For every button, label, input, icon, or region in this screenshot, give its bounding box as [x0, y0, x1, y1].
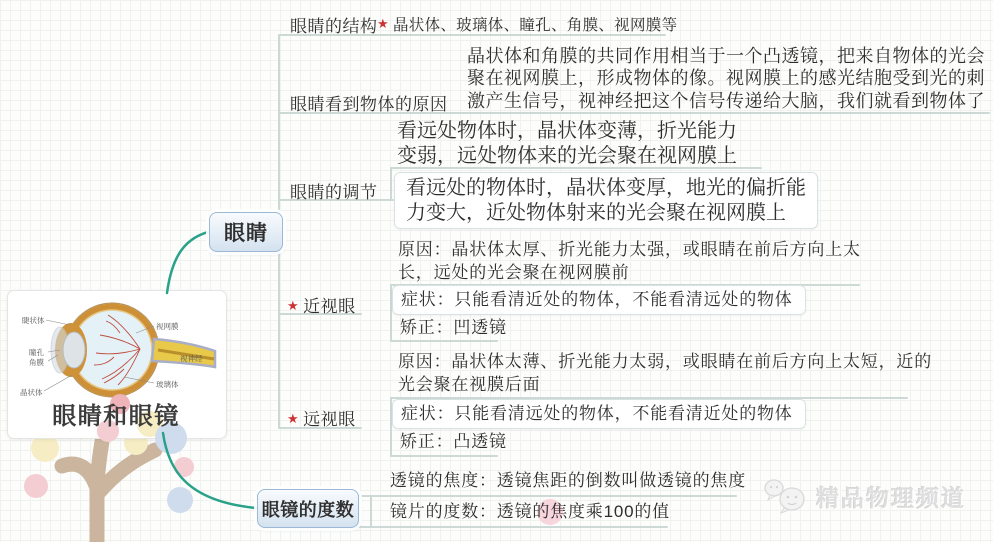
structure-value-text: 晶状体、玻璃体、瞳孔、角膜、视网膜等 — [393, 17, 677, 34]
topic-adjust-near-box[interactable]: 看远处的物体时，晶状体变厚，地光的偏折能 力变大，近处物体射来的光会聚在视网膜上 — [394, 172, 818, 229]
star-icon: ★ — [287, 298, 299, 313]
branch-curve-degree — [163, 433, 256, 508]
node-eye[interactable]: 眼睛 — [209, 212, 283, 252]
watermark-text: 精品物理频道 — [816, 480, 966, 513]
topic-adjust-label[interactable]: 眼睛的调节 — [290, 178, 378, 203]
star-icon: ★ — [287, 411, 299, 426]
topic-reason-value[interactable]: 晶状体和角膜的共同作用相当于一个凸透镜，把来自物体的光会 聚在视网膜上，形成物体… — [467, 45, 985, 112]
topic-degree-lens[interactable]: 镜片的度数：透镜的焦度乘100的值 — [390, 500, 670, 523]
topic-structure-value[interactable]: ★晶状体、玻璃体、瞳孔、角膜、视网膜等 — [377, 13, 677, 35]
topic-structure-label[interactable]: 眼睛的结构 — [290, 12, 378, 37]
topic-reason-label[interactable]: 眼睛看到物体的原因 — [290, 90, 448, 115]
wechat-icon — [762, 477, 808, 515]
topic-hyperopia-symptom-box[interactable]: 症状：只能看清远处的物体，不能看清近处的物体 — [392, 399, 806, 429]
topic-hyperopia-symptom: 症状：只能看清远处的物体，不能看清近处的物体 — [401, 402, 793, 425]
topic-hyperopia-correction[interactable]: 矫正：凸透镜 — [400, 430, 507, 453]
topic-myopia-symptom-box[interactable]: 症状：只能看清近处的物体，不能看清远处的物体 — [392, 285, 806, 315]
topic-myopia-label[interactable]: ★近视眼 — [287, 292, 356, 317]
hyperopia-label-text: 远视眼 — [303, 410, 356, 429]
topic-myopia-correction[interactable]: 矫正：凹透镜 — [400, 316, 507, 339]
topic-hyperopia-label[interactable]: ★远视眼 — [287, 405, 356, 430]
node-glasses-degree[interactable]: 眼镜的度数 — [257, 489, 359, 528]
myopia-label-text: 近视眼 — [303, 297, 356, 316]
star-icon: ★ — [377, 16, 389, 31]
topic-adjust-near: 看远处的物体时，晶状体变厚，地光的偏折能 力变大，近处物体射来的光会聚在视网膜上 — [406, 176, 806, 226]
topic-hyperopia-cause[interactable]: 原因：晶状体太薄、折光能力太弱，或眼睛在前后方向上太短，近的 光会聚在视膜后面 — [398, 350, 932, 396]
topic-myopia-symptom: 症状：只能看清近处的物体，不能看清远处的物体 — [401, 288, 793, 311]
watermark: 精品物理频道 — [762, 477, 966, 515]
topic-degree-focal[interactable]: 透镜的焦度：透镜焦距的倒数叫做透镜的焦度 — [390, 469, 746, 492]
topic-adjust-far[interactable]: 看远处物体时，晶状体变薄，折光能力 变弱，远处物体来的光会聚在视网膜上 — [397, 119, 737, 169]
topic-myopia-cause[interactable]: 原因：晶状体太厚、折光能力太强，或眼睛在前后方向上太 长，远处的光会聚在视网膜前 — [398, 238, 861, 284]
branch-curve-eye — [167, 231, 212, 293]
mindmap-canvas: 睫状体 瞳孔 角膜 晶状体 视网膜 视神经 玻璃体 眼睛和眼镜 眼睛 眼镜的度数… — [0, 0, 993, 542]
